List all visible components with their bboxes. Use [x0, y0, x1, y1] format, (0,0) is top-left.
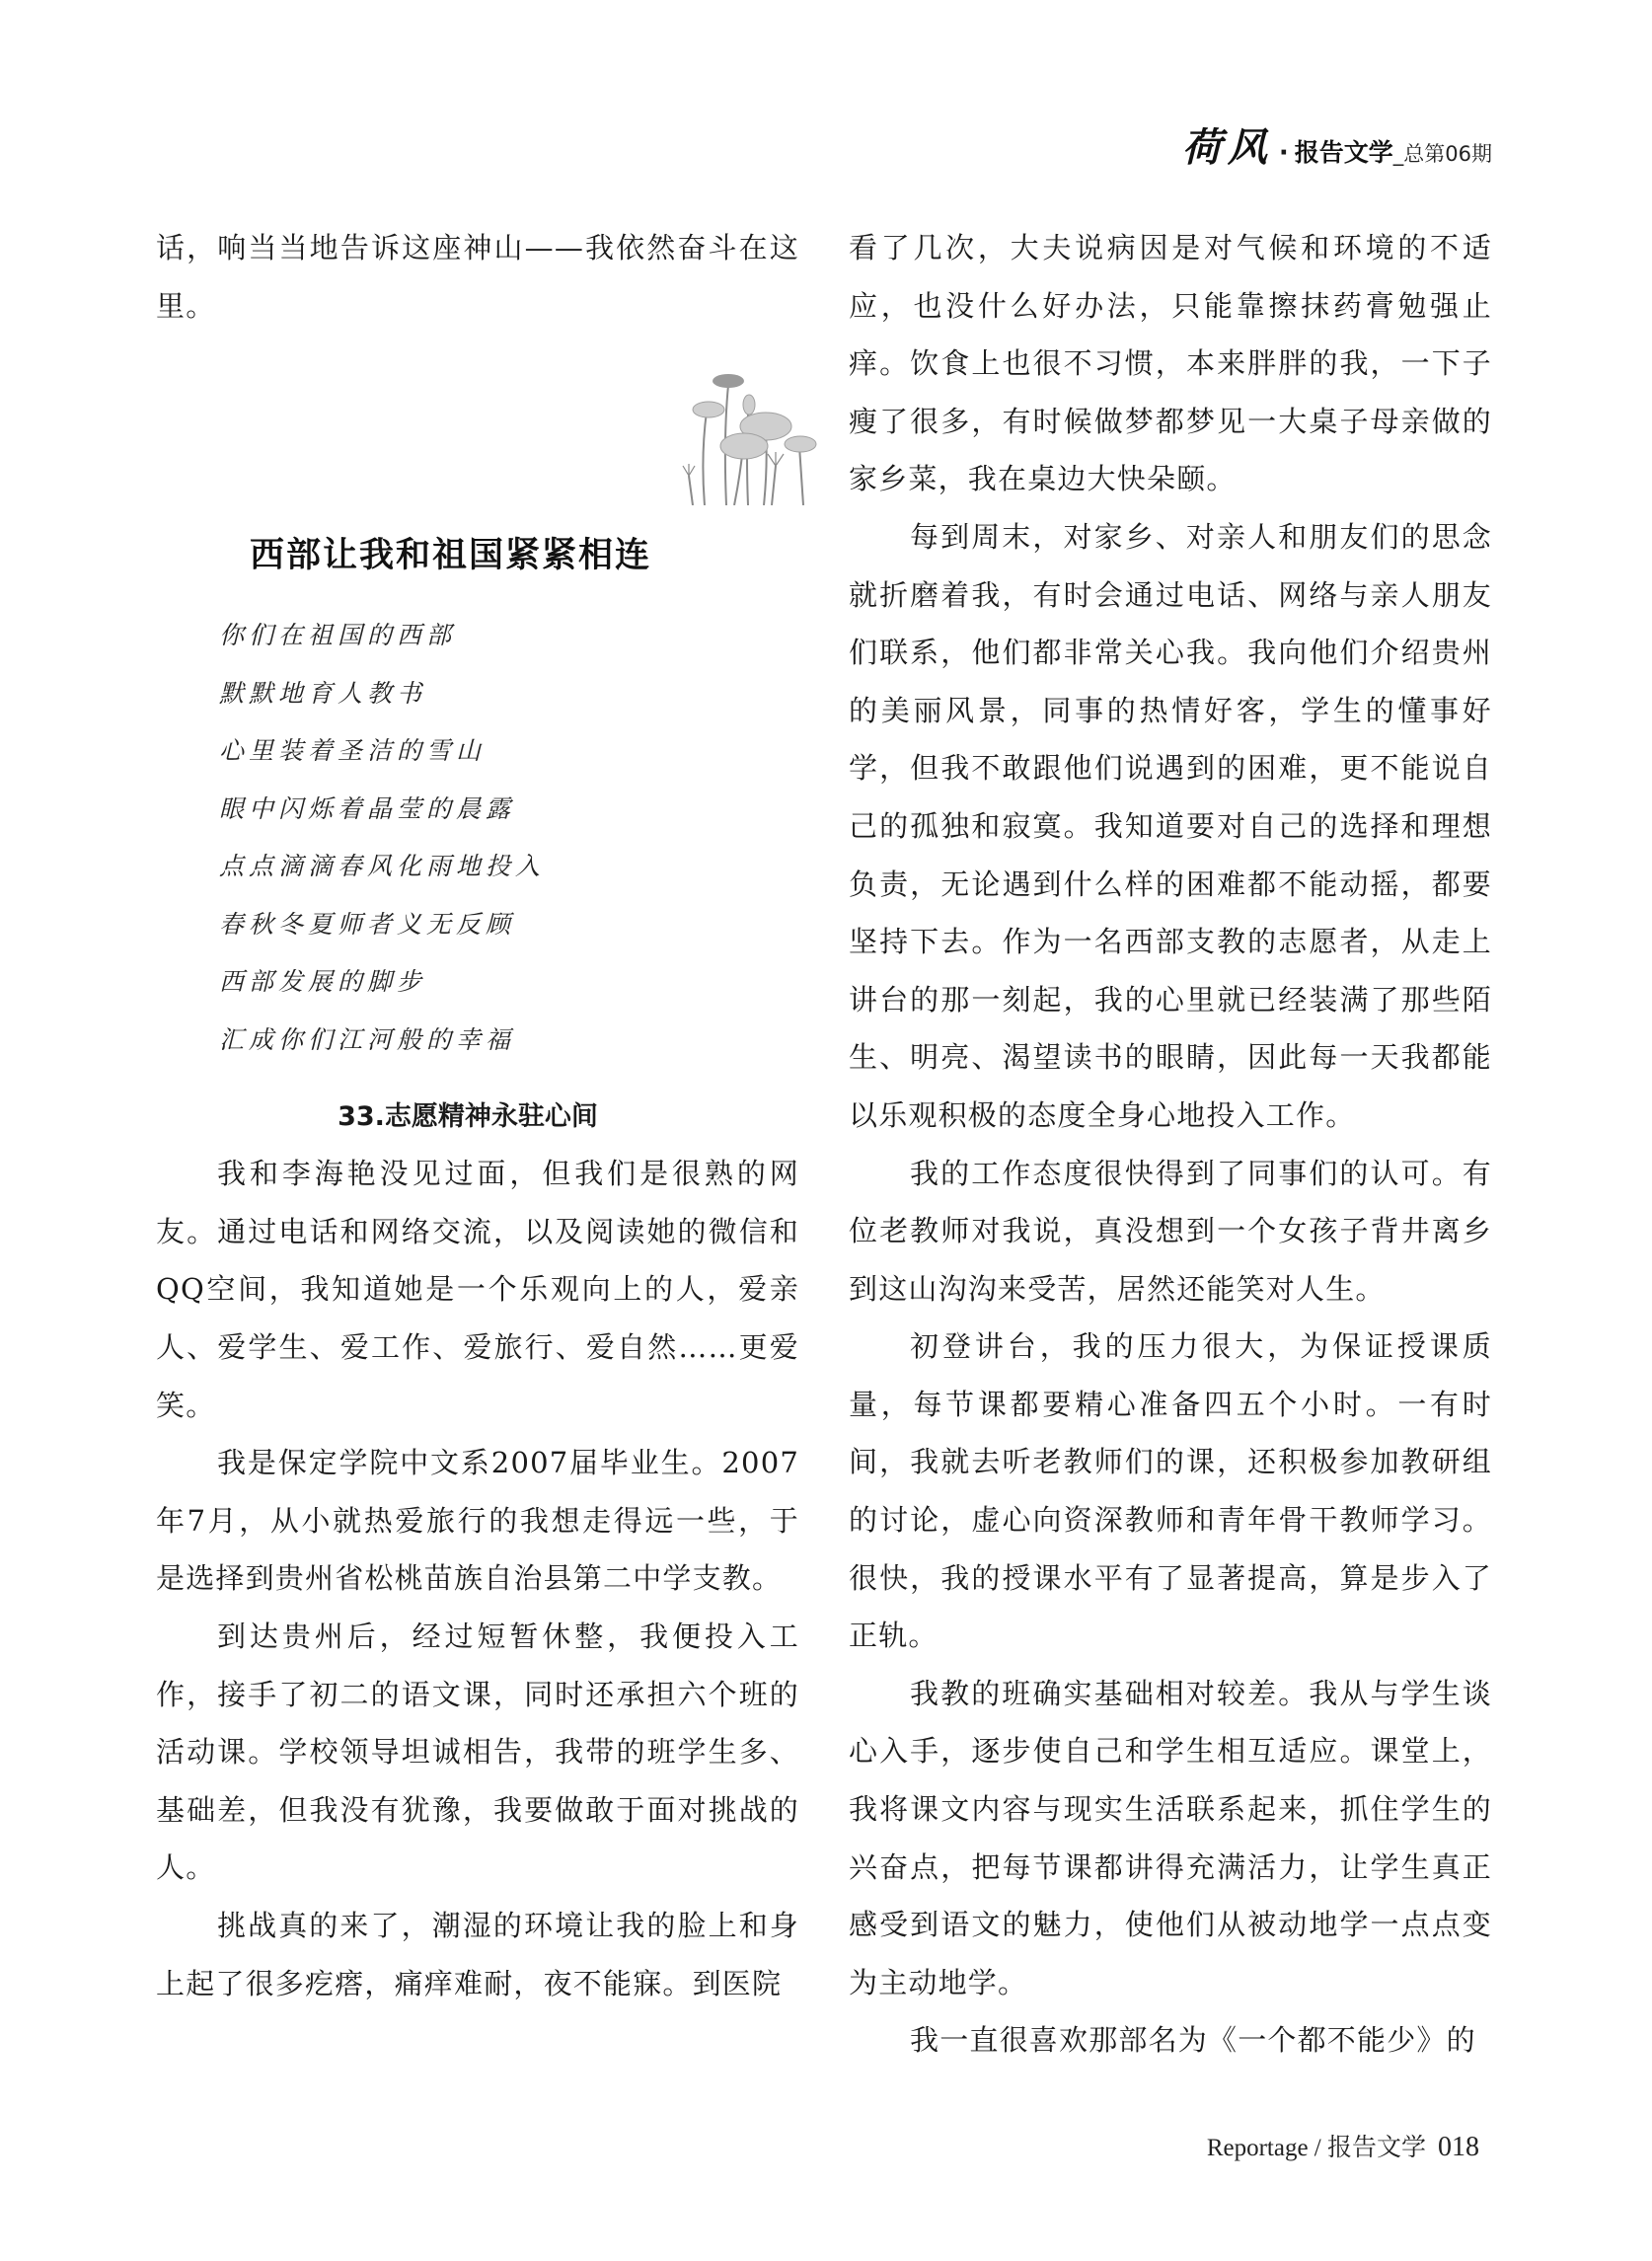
running-header: 荷风 · 报告文学 _总第06期 — [1182, 116, 1492, 173]
section-name: 报告文学 — [1295, 133, 1393, 169]
page-number: 018 — [1438, 2132, 1479, 2162]
continued-paragraph: 话，响当当地告诉这座神山——我依然奋斗在这里。 — [156, 219, 799, 335]
right-column: 看了几次，大夫说病因是对气候和环境的不适应，也没什么好办法，只能靠擦抹药膏勉强止… — [849, 219, 1492, 2070]
poem-heading: 西部让我和祖国紧紧相连 — [156, 451, 799, 579]
article-title: 33.志愿精神永驻心间 — [156, 1094, 799, 1133]
article-paragraph: 每到周末，对家乡、对亲人和朋友们的思念就折磨着我，有时会通过电话、网络与亲人朋友… — [849, 508, 1492, 1145]
article-paragraph: 挑战真的来了，潮湿的环境让我的脸上和身上起了很多疙瘩，痛痒难耐，夜不能寐。到医院 — [156, 1897, 799, 2012]
left-column: 话，响当当地告诉这座神山——我依然奋斗在这里。 西部让我和祖国紧紧相连 — [156, 219, 799, 2012]
magazine-logo: 荷风 — [1182, 116, 1273, 173]
article-paragraph: 我和李海艳没见过面，但我们是很熟的网友。通过电话和网络交流，以及阅读她的微信和Q… — [156, 1145, 799, 1434]
poem-line: 春秋冬夏师者义无反顾 — [219, 896, 799, 954]
poem-title: 西部让我和祖国紧紧相连 — [250, 528, 651, 577]
poem-line: 西部发展的脚步 — [219, 953, 799, 1012]
cosmos-flowers-icon — [669, 367, 817, 505]
poem-line: 你们在祖国的西部 — [219, 607, 799, 665]
poem-body: 你们在祖国的西部 默默地育人教书 心里装着圣洁的雪山 眼中闪烁着晶莹的晨露 点点… — [219, 607, 799, 1069]
article-paragraph: 我一直很喜欢那部名为《一个都不能少》的 — [849, 2011, 1492, 2070]
poem-line: 汇成你们江河般的幸福 — [219, 1012, 799, 1070]
poem-line: 默默地育人教书 — [219, 665, 799, 723]
article-paragraph: 看了几次，大夫说病因是对气候和环境的不适应，也没什么好办法，只能靠擦抹药膏勉强止… — [849, 219, 1492, 508]
footer-section-label: Reportage / 报告文学 — [1207, 2135, 1426, 2161]
poem-line: 眼中闪烁着晶莹的晨露 — [219, 781, 799, 839]
page-footer: Reportage / 报告文学018 — [1207, 2128, 1479, 2163]
header-separator: · — [1279, 138, 1289, 168]
article-paragraph: 我教的班确实基础相对较差。我从与学生谈心入手，逐步使自己和学生相互适应。课堂上，… — [849, 1665, 1492, 2012]
article-paragraph: 我的工作态度很快得到了同事们的认可。有位老教师对我说，真没想到一个女孩子背井离乡… — [849, 1145, 1492, 1319]
poem-line: 点点滴滴春风化雨地投入 — [219, 838, 799, 896]
article-paragraph: 初登讲台，我的压力很大，为保证授课质量，每节课都要精心准备四五个小时。一有时间，… — [849, 1318, 1492, 1665]
poem-line: 心里装着圣洁的雪山 — [219, 722, 799, 781]
article-paragraph: 到达贵州后，经过短暂休整，我便投入工作，接手了初二的语文课，同时还承担六个班的活… — [156, 1608, 799, 1897]
issue-number: _总第06期 — [1393, 138, 1492, 168]
article-paragraph: 我是保定学院中文系2007届毕业生。2007年7月，从小就热爱旅行的我想走得远一… — [156, 1434, 799, 1608]
